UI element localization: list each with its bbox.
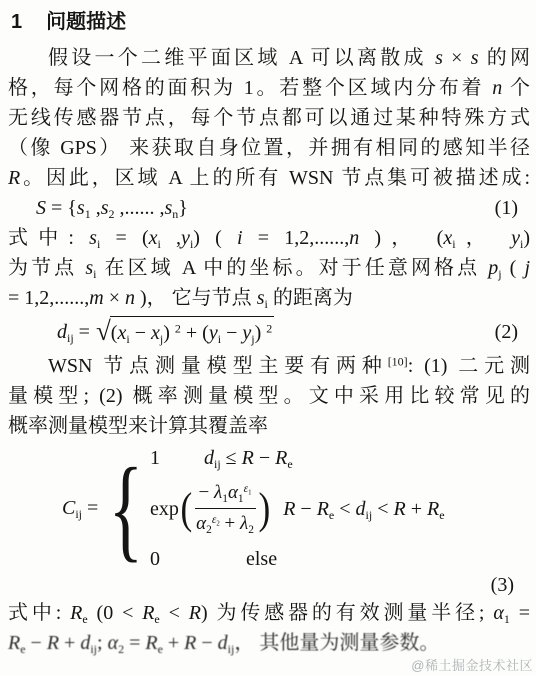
text-line: （像 GPS） 来获取自身位置，并拥有相同的感知半径 (8, 133, 530, 163)
text-line: WSN 节点测量模型主要有两种[10]: (1) 二元测 (8, 351, 530, 381)
text-line: 概率测量模型来计算其覆盖率 (8, 411, 530, 441)
equation-2-number: (2) (495, 317, 518, 347)
case-condition: else (246, 546, 277, 572)
equation-2-lhs: dij = (57, 317, 90, 347)
fraction-numerator: − λ1α1ε1 (195, 480, 256, 509)
text-line: Re − R + dij; α2 = Re + R − dij， 其他量为测量参… (8, 628, 530, 658)
paper-page: 1 问题描述 假设一个二维平面区域 A 可以离散成 s × s 的网 格，每个网… (0, 0, 536, 676)
section-heading: 1 问题描述 (11, 9, 530, 35)
section-title: 问题描述 (46, 9, 126, 35)
case-row: exp ( − λ1α1ε1 α2ε2 + λ2 ) R − Re < dij … (150, 480, 445, 537)
right-paren: ) (258, 489, 270, 529)
equation-3-cases: 1 dij ≤ R − Re exp ( − λ1α1ε1 α2ε2 + λ2 … (150, 445, 445, 572)
case-condition: R − Re < dij < R + Re (283, 496, 444, 522)
text-line: 格，每个网格的面积为 1。若整个区域内分布着 n 个 (8, 73, 530, 103)
fraction: − λ1α1ε1 α2ε2 + λ2 (195, 480, 256, 537)
equation-1-number: (1) (495, 193, 518, 223)
text-line: R。因此，区域 A 上的所有 WSN 节点集可被描述成: (8, 163, 530, 193)
fraction-denominator: α2ε2 + λ2 (196, 509, 254, 537)
equation-3-number: (3) (8, 572, 530, 598)
text-line: 无线传感器节点，每个节点都可以通过某种特殊方式 (8, 103, 530, 133)
text-line: 假设一个二维平面区域 A 可以离散成 s × s 的网 (8, 43, 530, 73)
equation-3: Cij = { 1 dij ≤ R − Re exp ( − λ1α1ε1 α2… (8, 445, 530, 598)
case-value: 0 (150, 546, 160, 572)
case-condition: dij ≤ R − Re (204, 445, 293, 471)
exp-function: exp (150, 496, 179, 522)
case-row: 0 else (150, 546, 445, 572)
left-brace: { (109, 451, 144, 567)
site-watermark: @稀土掘金技术社区 (411, 655, 533, 674)
equation-3-lhs: Cij = (62, 497, 98, 520)
text-line: 式中: Re (0 < Re < R) 为传感器的有效测量半径; α1 = (8, 598, 530, 628)
text-line: 为节点 si 在区域 A 中的坐标。对于任意网格点 pj ( j (8, 253, 530, 283)
equation-2: dij = √ (xi − xj) 2 + (yi − yj) 2 (2) (8, 314, 530, 350)
text-line: 式中: si = (xi ,yi) ( i = 1,2,......,n )， … (8, 223, 530, 253)
text-line: = 1,2,......,m × n )， 它与节点 si 的距离为 (8, 283, 530, 313)
text-line: 量模型; (2) 概率测量模型。文中采用比较常见的 (8, 381, 530, 411)
left-paren: ( (180, 489, 192, 529)
case-value: 1 (150, 445, 160, 471)
equation-2-radicand: (xi − xj) 2 + (yi − yj) 2 (110, 316, 274, 348)
radical-sign: √ (96, 316, 111, 346)
section-number: 1 (11, 9, 22, 35)
case-row: 1 dij ≤ R − Re (150, 445, 445, 471)
equation-1: S = {s1 ,s2 ,...... ,sn} (1) (8, 193, 530, 223)
equation-1-body: S = {s1 ,s2 ,...... ,sn} (36, 193, 188, 223)
